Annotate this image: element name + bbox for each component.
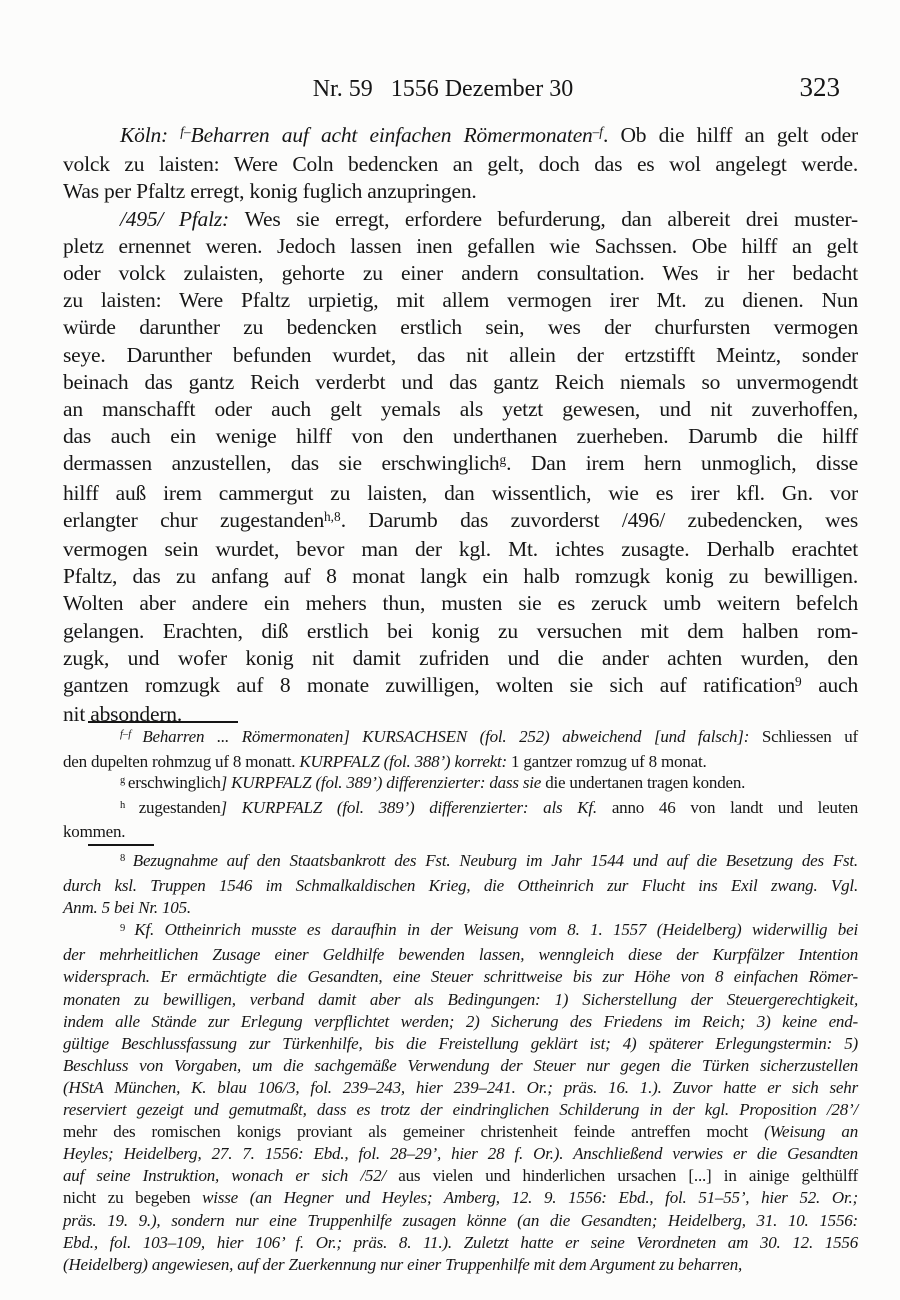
footnote-line: Beschluss von Vorgaben, um die sachgemäß… <box>63 1055 858 1077</box>
main-text-line: hilff auß irem cammergut zu laisten, dan… <box>63 480 858 507</box>
main-text-line: zu laisten: Were Pfaltz urpietig, mit al… <box>63 287 858 314</box>
footnote-line: 8 Bezugnahme auf den Staatsbankrott des … <box>63 850 858 875</box>
main-text-line: an manschafft oder auch gelt yemals als … <box>63 396 858 423</box>
main-text-line: Wolten aber andere ein mehers thun, must… <box>63 590 858 617</box>
footnote-line: nicht zu begeben wisse (an Hegner und He… <box>63 1187 858 1209</box>
main-text-line: das auch ein wenige hilff von den undert… <box>63 423 858 450</box>
footnotes: 8 Bezugnahme auf den Staatsbankrott des … <box>63 850 858 1276</box>
footnote-line: (HStA München, K. blau 106/3, fol. 239–2… <box>63 1077 858 1099</box>
apparatus-line: h zugestanden] KURPFALZ (fol. 389’) diff… <box>63 797 858 822</box>
main-text-line: pletz ernennet weren. Jedoch lassen inen… <box>63 233 858 260</box>
footnote-separator-rule <box>88 844 154 846</box>
main-text-line: gelangen. Erachten, diß erstlich bei kon… <box>63 618 858 645</box>
footnote-line: durch ksl. Truppen 1546 im Schmalkaldisc… <box>63 875 858 897</box>
main-text-line: beinach das gantz Reich verderbt und das… <box>63 369 858 396</box>
footnote-line: widersprach. Er ermächtigte die Gesandte… <box>63 966 858 988</box>
main-text-line: nit absondern. <box>63 701 858 728</box>
footnote-line: indem alle Stände zur Erlegung verpflich… <box>63 1011 858 1033</box>
main-text-line: zugk, und wofer konig nit damit zufriden… <box>63 645 858 672</box>
footnote-line: Ebd., fol. 103–109, hier 106’ f. Or.; pr… <box>63 1232 858 1254</box>
main-text-line: Köln: f–Beharren auf acht einfachen Röme… <box>63 122 858 151</box>
apparatus-line: f–f Beharren ... Römermonaten] KURSACHSE… <box>63 726 858 751</box>
footnote-line: Anm. 5 bei Nr. 105. <box>63 897 858 919</box>
book-page: Nr. 591556 Dezember 30 323 Köln: f–Behar… <box>0 0 900 1300</box>
footnote-line: (Heidelberg) angewiesen, auf der Zuerken… <box>63 1254 858 1276</box>
footnote-line: reserviert gezeigt und gemutmaßt, dass e… <box>63 1099 858 1121</box>
apparatus-line: kommen. <box>63 821 858 843</box>
main-text-line: Pfaltz, das zu anfang auf 8 monat langk … <box>63 563 858 590</box>
document-date: 1556 Dezember 30 <box>391 76 574 102</box>
main-text-line: würde darunther zu bedencken erstlich se… <box>63 314 858 341</box>
main-text-line: /495/ Pfalz: Wes sie erregt, erfordere b… <box>63 206 858 233</box>
running-header: Nr. 591556 Dezember 30 <box>63 76 823 103</box>
document-number: Nr. 59 <box>313 76 373 102</box>
main-text-line: erlangter chur zugestandenh,8. Darumb da… <box>63 507 858 536</box>
main-text: Köln: f–Beharren auf acht einfachen Röme… <box>63 122 858 728</box>
apparatus-line: g erschwinglich] KURPFALZ (fol. 389’) di… <box>63 772 858 797</box>
main-text-line: oder volck zulaisten, gehorte zu einer a… <box>63 260 858 287</box>
footnote-line: Heyles; Heidelberg, 27. 7. 1556: Ebd., f… <box>63 1143 858 1165</box>
main-text-line: Was per Pfaltz erregt, konig fuglich anz… <box>63 178 858 205</box>
apparatus-line: den dupelten rohmzug uf 8 monatt. KURPFA… <box>63 751 858 773</box>
footnote-line: der mehrheitlichen Zusage einer Geldhilf… <box>63 944 858 966</box>
footnote-line: gültige Beschlussfassung zur Türkenhilfe… <box>63 1033 858 1055</box>
main-text-line: volck zu laisten: Were Coln bedencken an… <box>63 151 858 178</box>
apparatus-separator-rule <box>88 721 238 723</box>
footnote-line: auf seine Instruktion, wonach er sich /5… <box>63 1165 858 1187</box>
main-text-line: seye. Darunther befunden wurdet, das nit… <box>63 342 858 369</box>
page-number: 323 <box>800 72 841 103</box>
footnote-line: monaten zu bewilligen, verband damit abe… <box>63 989 858 1011</box>
critical-apparatus: f–f Beharren ... Römermonaten] KURSACHSE… <box>63 726 858 843</box>
footnote-line: mehr des romischen konigs proviant als g… <box>63 1121 858 1143</box>
main-text-line: gantzen romzugk auf 8 monate zuwilligen,… <box>63 672 858 701</box>
footnote-line: präs. 19. 9.), sondern nur eine Truppenh… <box>63 1210 858 1232</box>
main-text-line: vermogen sein wurdet, bevor man der kgl.… <box>63 536 858 563</box>
main-text-line: dermassen anzustellen, das sie erschwing… <box>63 450 858 479</box>
footnote-line: 9 Kf. Ottheinrich musste es daraufhin in… <box>63 919 858 944</box>
